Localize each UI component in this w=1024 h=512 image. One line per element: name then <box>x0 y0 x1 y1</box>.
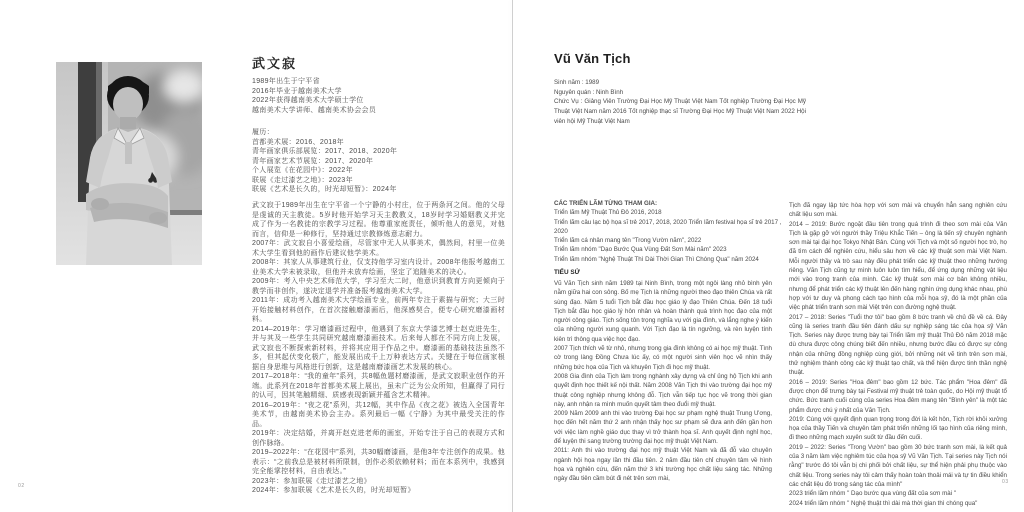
artist-name-vn: Vũ Văn Tịch <box>554 51 631 66</box>
resume-line: 青年画家俱乐部展览：2017、2018、2020年 <box>252 147 505 157</box>
resume-line: 青年画家艺术节展览：2017、2020年 <box>252 157 505 167</box>
paragraph: 2011年：成功考入越南美术大学绘画专业，前两年专注于素描与研究；大三时开始接触… <box>252 296 505 325</box>
bio-line: 越南美术大学讲师、越南美术协会会员 <box>252 106 505 116</box>
left-page: 武文寂 1989年出生于宁平省 2016年毕业于越南美术大学 2022年获得越南… <box>0 0 512 512</box>
biography-column-1: Vũ Văn Tịch sinh năm 1989 tại Ninh Bình,… <box>554 279 772 484</box>
biography-column-2: Tịch đã ngay lập tức hòa hợp với sơn mài… <box>789 201 1007 508</box>
paragraph: 武文寂于1989年出生在宁平省一个宁静的小村庄，位于两条河之间。他的父母是虔诚的… <box>252 201 505 239</box>
paragraph: Vũ Văn Tịch sinh năm 1989 tại Ninh Bình,… <box>554 279 772 344</box>
bio-line: 2016年毕业于越南美术大学 <box>252 87 505 97</box>
resume-heading: 履历： <box>252 128 505 138</box>
paragraph: 2016 – 2019: Series "Hoa đêm" bao gồm 12… <box>789 378 1007 415</box>
paragraph: 2019: Cùng với quyết định quan trọng tro… <box>789 415 1007 443</box>
page-number-left: 02 <box>18 483 25 489</box>
paragraph: 2008 Gia đình của Tịch làm trong nghành … <box>554 372 772 409</box>
artist-name-cn: 武文寂 <box>252 53 297 72</box>
paragraph: Tịch đã ngay lập tức hòa hợp với sơn mài… <box>789 201 1007 220</box>
right-page: Vũ Văn Tịch Sinh năm : 1989 Nguyên quán … <box>512 0 1024 512</box>
info-line: Nguyên quán : Ninh Bình <box>554 88 806 98</box>
paragraph: 2024年：参加联展《艺术是长久的，时光却短暂》 <box>252 486 505 496</box>
paragraph: 2011: Anh thi vào trường đại học mỹ thuậ… <box>554 446 772 483</box>
exhibition-line: Triển lãm Mỹ Thuật Thủ Đô 2016, 2018 <box>554 208 784 217</box>
resume-line: 联展《走过漆艺之地》：2023年 <box>252 176 505 186</box>
resume-line: 个人展览《在花园中》：2022年 <box>252 166 505 176</box>
exhibition-line: Triển lãm nhóm "Nghệ Thuật Thì Dài Thời … <box>554 255 784 264</box>
paragraph: 2019–2022年：“在花园中”系列，共30幅磨漆画，是他3年专注创作的成果。… <box>252 448 505 477</box>
exhibitions-section: CÁC TRIỂN LÃM TỪNG THAM GIA: Triển lãm M… <box>554 199 784 264</box>
resume-line: 首都美术展：2016、2018年 <box>252 138 505 148</box>
biography-text-cn: 武文寂于1989年出生在宁平省一个宁静的小村庄，位于两条河之间。他的父母是虔诚的… <box>252 201 505 496</box>
paragraph: 2017 – 2018: Series "Tuổi thơ tôi" bao g… <box>789 313 1007 378</box>
paragraph: 2014 – 2019: Bước ngoặt đầu tiên trong q… <box>789 220 1007 313</box>
resume-section-cn: 履历： 首都美术展：2016、2018年 青年画家俱乐部展览：2017、2018… <box>252 128 505 195</box>
paragraph: 2019年：决定结婚，并离开赵克进老师的画室，开始专注于自己的表现方式和创作脉络… <box>252 429 505 448</box>
paragraph: 2008年：其家人从事建筑行业，仅支持他学习室内设计。2008年他报考越南工业美… <box>252 258 505 277</box>
paragraph: 2019 – 2022: Series "Trong Vườn" bao gồm… <box>789 443 1007 489</box>
paragraph: 2007 Tịch thích vẽ từ nhỏ, nhưng trong g… <box>554 344 772 372</box>
resume-line: 联展《艺术是长久的，时光却短暂》：2024年 <box>252 185 505 195</box>
exhibition-line: Triển lãm nhóm "Dạo Bước Qua Vùng Đất Sơ… <box>554 245 784 254</box>
artist-info-vn: Sinh năm : 1989 Nguyên quán : Ninh Bình … <box>554 78 806 127</box>
page-number-right: 03 <box>1002 479 1009 485</box>
exhibition-line: Triển lãm cá nhân mang tên "Trong Vườn n… <box>554 236 784 245</box>
paragraph: 2024 triển lãm nhóm " Nghệ thuật thì dài… <box>789 499 1007 508</box>
artist-portrait-photo <box>56 62 202 265</box>
paragraph: 2017–2018年：“我的童年”系列，共8幅鱼题材磨漆画，是武文寂职业创作的开… <box>252 372 505 401</box>
paragraph: 2009 Năm 2009 anh thi vào trường Đại học… <box>554 409 772 446</box>
paragraph: 2023年：参加联展《走过漆艺之地》 <box>252 477 505 487</box>
bio-line: 1989年出生于宁平省 <box>252 77 505 87</box>
artist-bio-cn: 1989年出生于宁平省 2016年毕业于越南美术大学 2022年获得越南美术大学… <box>252 77 505 115</box>
paragraph: 2016–2019年：“夜之花”系列，共12幅，其中作品《夜之花》被选入全国青年… <box>252 401 505 430</box>
info-line: Sinh năm : 1989 <box>554 78 806 88</box>
exhibitions-heading: CÁC TRIỂN LÃM TỪNG THAM GIA: <box>554 199 784 208</box>
bio-line: 2022年获得越南美术大学硕士学位 <box>252 96 505 106</box>
info-line: Chức Vụ : Giảng Viên Trường Đại Học Mỹ T… <box>554 97 806 126</box>
paragraph: 2014–2019年：学习磨漆画过程中，他遇到了东京大学漆艺博士赵克进先生，并与… <box>252 325 505 373</box>
exhibition-line: Triển lãm câu lạc bộ họa sĩ trẻ 2017, 20… <box>554 218 784 237</box>
paragraph: 2007年：武文寂自小喜爱绘画，尽管家中无人从事美术，偶然间，村里一位美术大学生… <box>252 239 505 258</box>
biography-heading: TIỂU SỬ <box>554 268 580 278</box>
paragraph: 2023 triển lãm nhóm " Dạo bước qua vùng … <box>789 489 1007 498</box>
paragraph: 2009年：考入中央艺术师范大学，学习至大二时，他意识到教育方向更倾向于教学而非… <box>252 277 505 296</box>
